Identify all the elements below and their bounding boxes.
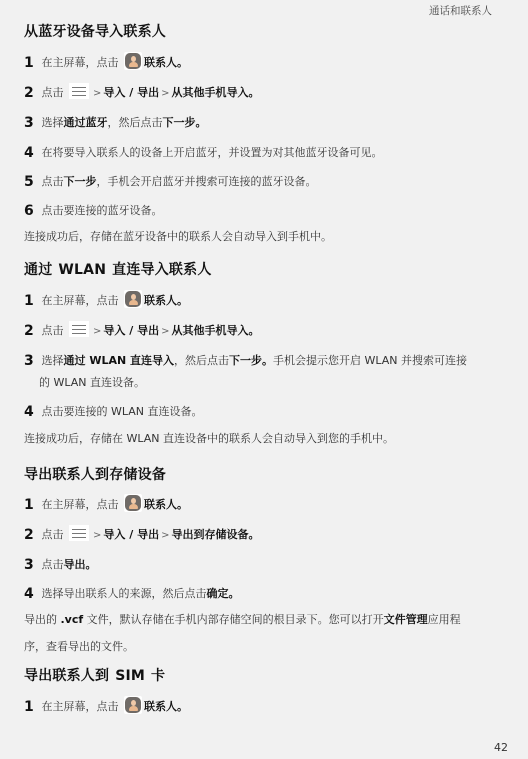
contacts-label: 联系人。 <box>144 498 188 511</box>
step-text: 选择 <box>42 354 64 367</box>
step-6: 6 点击要连接的蓝牙设备。 <box>24 200 494 222</box>
step-text: 在主屏幕，点击 <box>42 700 119 713</box>
menu-path-item: 从其他手机导入。 <box>171 324 259 337</box>
export-label: 导出。 <box>64 558 97 571</box>
contacts-app-icon <box>124 290 142 308</box>
title-part: 通过 <box>24 262 52 278</box>
option-label: 通过蓝牙 <box>64 116 108 129</box>
step-1: 1 在主屏幕，点击 联系人。 <box>24 290 494 312</box>
step-5: 5 点击下一步，手机会开启蓝牙并搜索可连接的蓝牙设备。 <box>24 171 494 193</box>
file-manager-label: 文件管理 <box>384 613 428 626</box>
step-4: 4 选择导出联系人的来源，然后点击确定。 <box>24 583 494 605</box>
step-text: 点击 <box>42 86 64 99</box>
step-number: 1 <box>24 290 38 312</box>
chevron-right-icon: > <box>161 88 169 99</box>
hamburger-menu-icon <box>69 525 89 541</box>
step-text: 选择导出联系人的来源，然后点击 <box>42 587 207 600</box>
step-number: 5 <box>24 171 38 193</box>
step-text: ，手机会开启蓝牙并搜索可连接的蓝牙设备。 <box>97 175 317 188</box>
menu-path-import-export: 导入 / 导出 <box>103 528 159 541</box>
hamburger-menu-icon <box>69 83 89 99</box>
step-number: 2 <box>24 82 38 104</box>
menu-path-item: 从其他手机导入。 <box>171 86 259 99</box>
section-title-wlan-import: 通过WLAN直连导入联系人 <box>24 259 212 279</box>
step-number: 4 <box>24 401 38 423</box>
step-number: 3 <box>24 554 38 576</box>
step-text: ，然后点击 <box>174 354 229 367</box>
section-note: 连接成功后，存储在蓝牙设备中的联系人会自动导入到手机中。 <box>24 223 494 250</box>
title-part: 直连导入联系人 <box>112 262 211 278</box>
step-number: 4 <box>24 142 38 164</box>
title-part: 导出联系人到 <box>24 668 109 684</box>
step-text: 选择 <box>42 116 64 129</box>
section-title-bluetooth-import: 从蓝牙设备导入联系人 <box>24 21 166 41</box>
step-text: 在主屏幕，点击 <box>42 56 119 69</box>
option-label: 通过 WLAN 直连导入 <box>64 354 175 367</box>
chevron-right-icon: > <box>93 88 101 99</box>
contacts-app-icon <box>124 52 142 70</box>
chevron-right-icon: > <box>161 326 169 337</box>
step-number: 3 <box>24 112 38 134</box>
step-number: 1 <box>24 494 38 516</box>
contacts-label: 联系人。 <box>144 56 188 69</box>
next-label: 下一步。 <box>163 116 207 129</box>
next-label: 下一步 <box>64 175 97 188</box>
page-number: 42 <box>494 741 508 754</box>
step-2: 2 点击 >导入 / 导出>从其他手机导入。 <box>24 320 494 343</box>
contacts-label: 联系人。 <box>144 294 188 307</box>
step-number: 4 <box>24 583 38 605</box>
step-text: 手机会提示您开启 WLAN 并搜索可连接 <box>273 354 467 367</box>
contacts-app-icon <box>124 696 142 714</box>
step-text: 点击要连接的蓝牙设备。 <box>42 204 163 217</box>
title-part: WLAN <box>58 262 106 278</box>
note-text: 导出的 <box>24 613 61 626</box>
running-header: 通话和联系人 <box>429 3 492 18</box>
confirm-label: 确定。 <box>207 587 240 600</box>
step-text: 在主屏幕，点击 <box>42 498 119 511</box>
contacts-label: 联系人。 <box>144 700 188 713</box>
step-number: 3 <box>24 350 38 372</box>
chevron-right-icon: > <box>93 326 101 337</box>
note-text: 序，查看导出的文件。 <box>24 640 134 653</box>
chevron-right-icon: > <box>161 530 169 541</box>
step-text: ，然后点击 <box>108 116 163 129</box>
title-part: 卡 <box>151 668 165 684</box>
note-text: 文件，默认存储在手机内部存储空间的根目录下。您可以打开 <box>83 613 384 626</box>
step-number: 1 <box>24 52 38 74</box>
hamburger-menu-icon <box>69 321 89 337</box>
step-4: 4 在将要导入联系人的设备上开启蓝牙，并设置为对其他蓝牙设备可见。 <box>24 142 494 164</box>
step-text: 在主屏幕，点击 <box>42 294 119 307</box>
note-text: 应用程 <box>428 613 461 626</box>
step-text: 点击 <box>42 175 64 188</box>
step-2: 2 点击 >导入 / 导出>导出到存储设备。 <box>24 524 494 547</box>
contacts-app-icon <box>124 494 142 512</box>
section-title-export-sim: 导出联系人到SIM卡 <box>24 665 165 685</box>
step-3: 3 选择通过 WLAN 直连导入，然后点击下一步。手机会提示您开启 WLAN 并… <box>24 350 494 394</box>
step-text: 点击 <box>42 528 64 541</box>
menu-path-import-export: 导入 / 导出 <box>103 86 159 99</box>
section-note: 导出的 .vcf 文件，默认存储在手机内部存储空间的根目录下。您可以打开文件管理… <box>24 606 494 660</box>
step-3: 3 点击导出。 <box>24 554 494 576</box>
step-text: 点击要连接的 WLAN 直连设备。 <box>42 405 203 418</box>
step-number: 2 <box>24 524 38 546</box>
chevron-right-icon: > <box>93 530 101 541</box>
menu-path-item: 导出到存储设备。 <box>171 528 259 541</box>
title-part: SIM <box>115 668 145 684</box>
step-number: 1 <box>24 696 38 718</box>
step-3: 3 选择通过蓝牙，然后点击下一步。 <box>24 112 494 134</box>
file-extension: .vcf <box>61 613 84 626</box>
next-label: 下一步。 <box>229 354 273 367</box>
step-1: 1 在主屏幕，点击 联系人。 <box>24 494 494 516</box>
step-number: 2 <box>24 320 38 342</box>
step-1: 1 在主屏幕，点击 联系人。 <box>24 52 494 74</box>
step-text: 在将要导入联系人的设备上开启蓝牙，并设置为对其他蓝牙设备可见。 <box>42 146 383 159</box>
step-1: 1 在主屏幕，点击 联系人。 <box>24 696 494 718</box>
step-text: 点击 <box>42 558 64 571</box>
step-text: 点击 <box>42 324 64 337</box>
step-text-continued: 的 WLAN 直连设备。 <box>24 372 494 394</box>
step-4: 4 点击要连接的 WLAN 直连设备。 <box>24 401 494 423</box>
section-title-export-storage: 导出联系人到存储设备 <box>24 464 166 484</box>
step-number: 6 <box>24 200 38 222</box>
step-2: 2 点击 >导入 / 导出>从其他手机导入。 <box>24 82 494 105</box>
section-note: 连接成功后，存储在 WLAN 直连设备中的联系人会自动导入到您的手机中。 <box>24 425 494 452</box>
menu-path-import-export: 导入 / 导出 <box>103 324 159 337</box>
